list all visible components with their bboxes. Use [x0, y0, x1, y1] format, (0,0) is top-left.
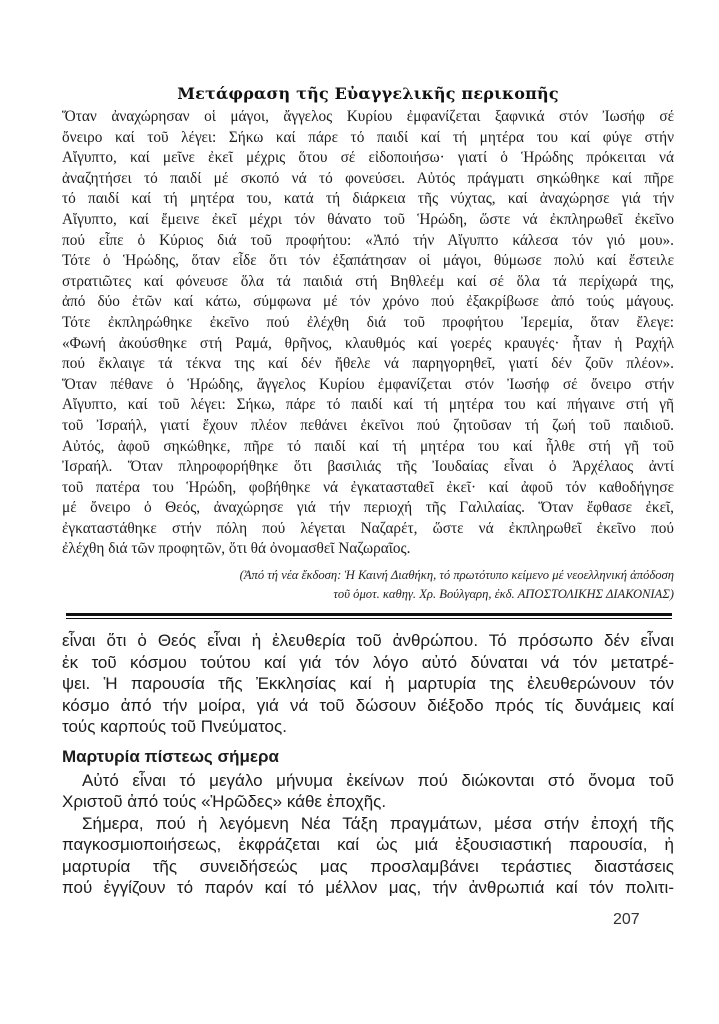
text-line: Σήμερα, πού ἡ λεγόμενη Νέα Τάξη πραγμάτω… — [62, 813, 674, 835]
translation-box: Μετάφραση τῆς Εὐαγγελικῆς περικοπῆς Ὅταν… — [62, 84, 674, 604]
translation-text: Ὅταν ἀναχώρησαν οἱ μάγοι, ἄγγελος Κυρίου… — [62, 107, 674, 560]
text-line: Ὅταν ἀναχώρησαν οἱ μάγοι, ἄγγελος Κυρίου… — [62, 107, 674, 128]
text-line: Τότε ἐκπληρώθηκε ἐκεῖνο πού ἐλέχθη διά τ… — [62, 313, 674, 334]
source-citation: (Ἀπό τή νέα ἔκδοση: Ἡ Καινή Διαθήκη, τό … — [62, 566, 674, 604]
text-line: Αἴγυπτο, καί τοῦ λέγει: Σήκω, πάρε τό πα… — [62, 395, 674, 416]
document-page: Μετάφραση τῆς Εὐαγγελικῆς περικοπῆς Ὅταν… — [0, 0, 719, 1024]
text-line: «Φωνή ἀκούσθηκε στή Ραμά, θρῆνος, κλαυθμ… — [62, 334, 674, 355]
text-line: πού εἶπε ὁ Κύριος διά τοῦ προφήτου: «Ἀπό… — [62, 231, 674, 252]
section-heading: Μαρτυρία πίστεως σήμερα — [62, 746, 674, 768]
text-line: ἀπό δύο ἐτῶν καί κάτω, σύμφωνα μέ τόν χρ… — [62, 292, 674, 313]
text-line: μαρτυρία τῆς συνειδήσεώς μας προσλαμβάνε… — [62, 856, 674, 878]
text-line: ψει. Ἡ παρουσία τῆς Ἐκκλησίας καί ἡ μαρτ… — [62, 673, 674, 695]
text-line: παγκοσμιοποιήσεως, ἐκφράζεται καί ὡς μιά… — [62, 834, 674, 856]
text-line: τό παιδί καί τή μητέρα του, κατά τή διάρ… — [62, 189, 674, 210]
text-line: Ὅταν πέθανε ὁ Ἡρώδης, ἄγγελος Κυρίου ἐμφ… — [62, 375, 674, 396]
text-line: πού ἐγγίζουν τό παρόν καί τό μέλλον μας,… — [62, 877, 674, 899]
text-line: τούς καρπούς τοῦ Πνεύματος. — [62, 716, 674, 738]
text-line: εἶναι ὅτι ὁ Θεός εἶναι ἡ ἐλευθερία τοῦ ἀ… — [62, 630, 674, 652]
text-line: ὄνειρο καί τοῦ λέγει: Σήκω καί πάρε τό π… — [62, 128, 674, 149]
text-line: Ἰσραήλ. Ὅταν πληροφορήθηκε ὅτι βασιλιάς … — [62, 457, 674, 478]
paragraph: Σήμερα, πού ἡ λεγόμενη Νέα Τάξη πραγμάτω… — [62, 813, 674, 899]
translation-title: Μετάφραση τῆς Εὐαγγελικῆς περικοπῆς — [62, 84, 674, 103]
text-line: ἐκ τοῦ κόσμου τούτου καί γιά τόν λόγο αὐ… — [62, 652, 674, 674]
divider-thick — [66, 613, 672, 616]
text-line: Αἴγυπτο, καί ἔμεινε ἐκεῖ μέχρι τόν θάνατ… — [62, 210, 674, 231]
body-text: εἶναι ὅτι ὁ Θεός εἶναι ἡ ἐλευθερία τοῦ ἀ… — [62, 630, 674, 899]
paragraph: εἶναι ὅτι ὁ Θεός εἶναι ἡ ἐλευθερία τοῦ ἀ… — [62, 630, 674, 738]
page-number: 207 — [613, 911, 640, 929]
text-line: μέ ὄνειρο ὁ Θεός, ἀναχώρησε γιά τήν περι… — [62, 498, 674, 519]
divider-thin — [66, 618, 672, 619]
source-line: (Ἀπό τή νέα ἔκδοση: Ἡ Καινή Διαθήκη, τό … — [62, 566, 674, 585]
text-line: ἐλέχθη διά τῶν προφητῶν, ὅτι θά ὀνομασθε… — [62, 539, 674, 560]
text-line: πού ἔκλαιγε τά τέκνα της καί δέν ἤθελε ν… — [62, 354, 674, 375]
text-line: κόσμο ἀπό τήν μοίρα, γιά νά τοῦ δώσουν δ… — [62, 695, 674, 717]
text-line: Χριστοῦ ἀπό τούς «Ἡρῶδες» κάθε ἐποχῆς. — [62, 791, 674, 813]
text-line: Τότε ὁ Ἡρώδης, ὅταν εἶδε ὅτι τόν ἐξαπάτη… — [62, 251, 674, 272]
source-line: τοῦ ὁμοτ. καθηγ. Χρ. Βούλγαρη, ἐκδ. ΑΠΟΣ… — [62, 585, 674, 604]
text-line: ἐγκαταστάθηκε στήν πόλη πού λέγεται Ναζα… — [62, 519, 674, 540]
text-line: στρατιῶτες καί φόνευσε ὅλα τά παιδιά στή… — [62, 272, 674, 293]
text-line: Αἴγυπτο, καί μεῖνε ἐκεῖ μέχρις ὅτου σέ ε… — [62, 148, 674, 169]
paragraph: Αὐτό εἶναι τό μεγάλο μήνυμα ἐκείνων πού … — [62, 770, 674, 813]
text-line: Αὐτό εἶναι τό μεγάλο μήνυμα ἐκείνων πού … — [62, 770, 674, 792]
text-line: τοῦ Ἰσραήλ, γιατί ἔχουν πλέον πεθάνει ἐκ… — [62, 416, 674, 437]
text-line: τοῦ πατέρα του Ἡρώδη, φοβήθηκε νά ἐγκατα… — [62, 478, 674, 499]
text-line: Αὐτός, ἀφοῦ σηκώθηκε, πῆρε τό παιδί καί … — [62, 437, 674, 458]
text-line: ἀναζητήσει τό παιδί μέ σκοπό νά τό φονεύ… — [62, 169, 674, 190]
